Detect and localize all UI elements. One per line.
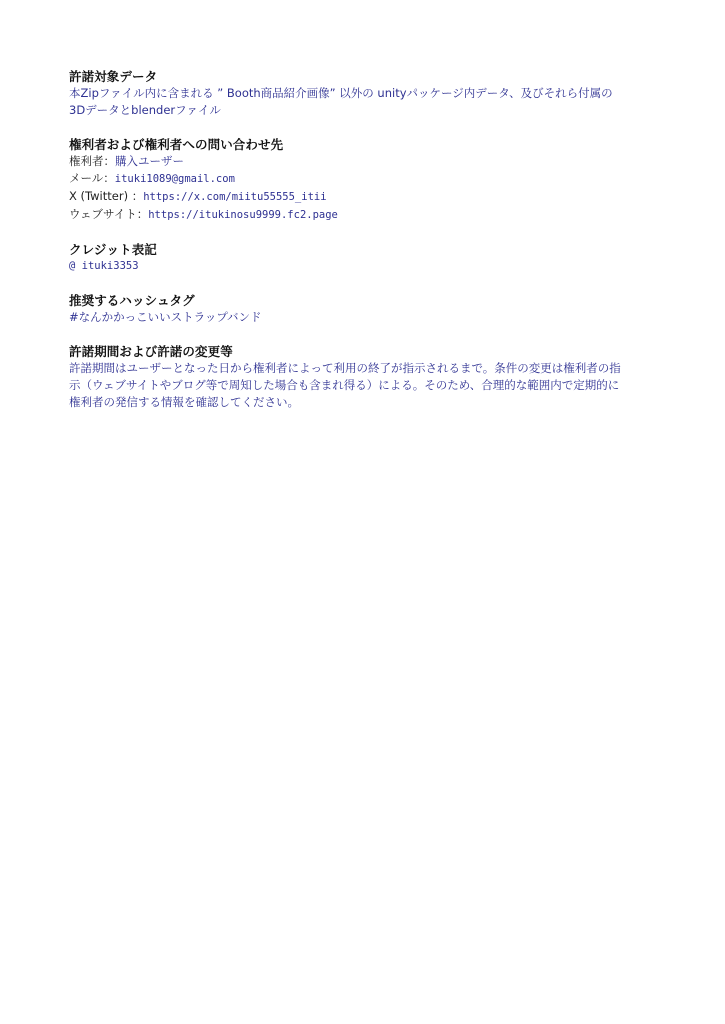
website-label: ウェブサイト： bbox=[69, 207, 148, 221]
twitter-link[interactable]: https://x.com/miitu55555_itii bbox=[143, 191, 326, 203]
website-link[interactable]: https://itukinosu9999.fc2.page bbox=[148, 209, 338, 221]
section-body-line: 示（ウェブサイトやブログ等で周知した場合も含まれ得る）による。そのため、合理的な… bbox=[69, 377, 669, 394]
email-link[interactable]: ituki1089@gmail.com bbox=[115, 173, 235, 185]
section-heading: 許諾対象データ bbox=[69, 68, 669, 85]
section-body-line: 3Dデータとblenderファイル bbox=[69, 102, 669, 119]
section-credit: クレジット表記 @ ituki3353 bbox=[69, 241, 669, 275]
rights-holder-value: 購入ユーザー bbox=[115, 154, 184, 168]
section-hashtag: 推奨するハッシュタグ #なんかかっこいいストラップバンド bbox=[69, 292, 669, 326]
twitter-label: X (Twitter) ： bbox=[69, 189, 143, 203]
section-body-line: 本Zipファイル内に含まれる ” Booth商品紹介画像” 以外の unityパ… bbox=[69, 85, 669, 102]
section-heading: 権利者および権利者への問い合わせ先 bbox=[69, 136, 669, 153]
rights-holder-label: 権利者： bbox=[69, 154, 115, 168]
section-rights-holder-contact: 権利者および権利者への問い合わせ先 権利者：購入ユーザー メール：ituki10… bbox=[69, 136, 669, 224]
section-license-period: 許諾期間および許諾の変更等 許諾期間はユーザーとなった日から権利者によって利用の… bbox=[69, 343, 669, 411]
section-body-line: 許諾期間はユーザーとなった日から権利者によって利用の終了が指示されるまで。条件の… bbox=[69, 360, 669, 377]
section-licensed-data: 許諾対象データ 本Zipファイル内に含まれる ” Booth商品紹介画像” 以外… bbox=[69, 68, 669, 119]
twitter-row: X (Twitter) ：https://x.com/miitu55555_it… bbox=[69, 188, 669, 206]
email-label: メール： bbox=[69, 171, 115, 185]
license-document: 許諾対象データ 本Zipファイル内に含まれる ” Booth商品紹介画像” 以外… bbox=[69, 68, 669, 427]
section-body-line: 権利者の発信する情報を確認してください。 bbox=[69, 394, 669, 411]
credit-handle: @ ituki3353 bbox=[69, 258, 669, 275]
rights-holder-row: 権利者：購入ユーザー bbox=[69, 153, 669, 170]
section-heading: 許諾期間および許諾の変更等 bbox=[69, 343, 669, 360]
website-row: ウェブサイト：https://itukinosu9999.fc2.page bbox=[69, 206, 669, 224]
section-heading: クレジット表記 bbox=[69, 241, 669, 258]
email-row: メール：ituki1089@gmail.com bbox=[69, 170, 669, 188]
section-heading: 推奨するハッシュタグ bbox=[69, 292, 669, 309]
recommended-hashtag: #なんかかっこいいストラップバンド bbox=[69, 309, 669, 326]
